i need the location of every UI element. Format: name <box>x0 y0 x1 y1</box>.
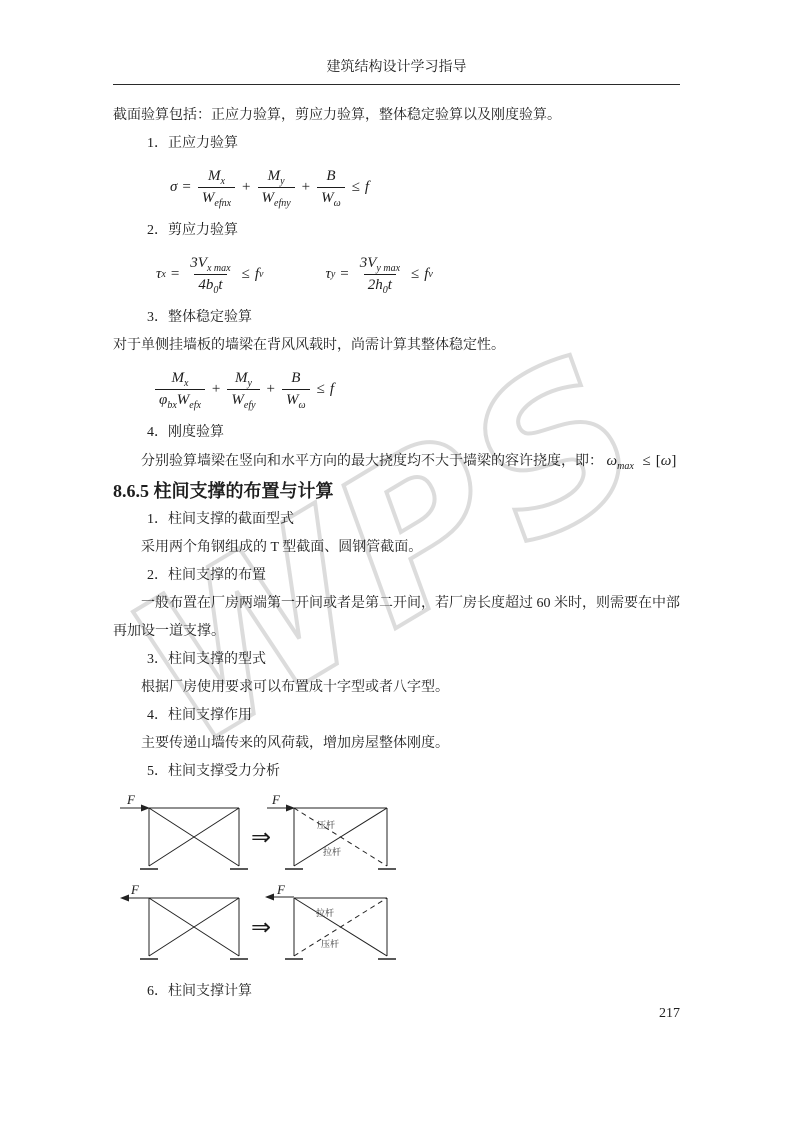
force-label: F <box>130 882 140 897</box>
section-item-1: 1．柱间支撑的截面型式 <box>113 506 680 534</box>
page-header: 建筑结构设计学习指导 <box>113 56 680 85</box>
section-item-2: 2．柱间支撑的布置 <box>113 562 680 590</box>
section-item-1-text: 采用两个角钢组成的 T 型截面、圆钢管截面。 <box>113 534 680 562</box>
formula-overall-stability: Mx φbxWefx + My Wefy + B Wω ≤ f <box>153 368 680 411</box>
math-operator: + <box>237 179 255 196</box>
section-heading: 8.6.5 柱间支撑的布置与计算 <box>113 476 680 506</box>
math-symbol: ω <box>607 453 618 469</box>
math-fraction: Mx Wefnx <box>198 166 235 209</box>
math-operator: + <box>262 381 280 398</box>
math-symbol: f <box>365 179 369 196</box>
math-operator: + <box>297 179 315 196</box>
math-den-sub: efny <box>274 198 291 209</box>
math-symbol: σ <box>170 179 177 196</box>
math-fraction: My Wefny <box>258 166 295 209</box>
math-den: W <box>321 190 334 206</box>
math-operator: = <box>177 179 195 196</box>
math-num-sub: y max <box>376 263 400 274</box>
force-arrowhead <box>265 894 274 901</box>
tension-label: 拉杆 <box>323 846 341 857</box>
section-item-4-text: 主要传递山墙传来的风荷载，增加房屋整体刚度。 <box>113 730 680 758</box>
math-den: 4b <box>198 277 213 293</box>
math-den: t <box>218 277 222 293</box>
section-item-5: 5．柱间支撑受力分析 <box>113 758 680 786</box>
force-arrowhead <box>120 895 129 902</box>
list-item-shear-stress: 2．剪应力验算 <box>113 217 680 245</box>
document-page: WPS 建筑结构设计学习指导 截面验算包括：正应力验算，剪应力验算，整体稳定验算… <box>0 0 793 1122</box>
math-num: M <box>208 168 221 184</box>
force-label: F <box>276 882 286 897</box>
intro-paragraph: 截面验算包括：正应力验算，剪应力验算，整体稳定验算以及刚度验算。 <box>113 102 680 130</box>
math-num: B <box>291 370 300 386</box>
math-num-sub: x max <box>207 263 231 274</box>
math-num-sub: x <box>220 176 224 187</box>
stability-note: 对于单侧挂墙板的墙梁在背风风载时，尚需计算其整体稳定性。 <box>113 332 680 360</box>
math-den-sub: efy <box>244 400 256 411</box>
bracing-diagram-row-2: F ⇒ F 拉杆 压杆 <box>117 882 417 970</box>
math-den: W <box>202 190 215 206</box>
math-symbol: τ <box>325 266 330 283</box>
math-symbol: ω <box>661 453 672 469</box>
force-label: F <box>271 792 281 807</box>
section-item-3: 3．柱间支撑的型式 <box>113 646 680 674</box>
math-operator: = <box>335 266 353 283</box>
section-item-2-text: 一般布置在厂房两端第一开间或者是第二开间，若厂房长度超过 60 米时，则需要在中… <box>113 590 680 646</box>
math-operator: ≤ <box>237 266 255 283</box>
force-label: F <box>126 792 136 807</box>
deflection-note: 分别验算墙梁在竖向和水平方向的最大挠度均不大于墙梁的容许挠度，即： ωmax ≤… <box>113 447 680 476</box>
math-bracket: ] <box>671 453 676 469</box>
list-item-stiffness: 4．刚度验算 <box>113 419 680 447</box>
math-den-sub: bx <box>167 400 176 411</box>
header-title: 建筑结构设计学习指导 <box>327 60 467 75</box>
math-fraction: 3Vy max 2h0t <box>356 253 404 296</box>
formula-shear-stress: τx = 3Vx max 4b0t ≤ fv τy = 3Vy max 2h0t… <box>156 253 680 296</box>
implies-arrow: ⇒ <box>251 823 271 851</box>
section-item-4: 4．柱间支撑作用 <box>113 702 680 730</box>
implies-arrow: ⇒ <box>251 913 271 941</box>
math-operator: ≤ <box>406 266 424 283</box>
math-num-sub: y <box>280 176 284 187</box>
math-den-sub: efx <box>189 400 201 411</box>
math-den: W <box>231 392 244 408</box>
math-symbol: f <box>330 381 334 398</box>
math-den: 2h <box>368 277 383 293</box>
math-den: t <box>388 277 392 293</box>
math-sub: max <box>617 461 634 472</box>
math-operator: ≤ <box>347 179 365 196</box>
section-item-6: 6．柱间支撑计算 <box>113 978 680 1006</box>
math-num: M <box>171 370 184 386</box>
page-number: 217 <box>113 1006 680 1022</box>
bracing-diagrams: F ⇒ F 压杆 拉杆 <box>117 792 680 970</box>
math-den: W <box>262 190 275 206</box>
tension-label: 拉杆 <box>316 907 334 918</box>
formula-normal-stress: σ = Mx Wefnx + My Wefny + B Wω ≤ f <box>170 166 680 209</box>
math-operator: = <box>166 266 184 283</box>
compression-label: 压杆 <box>321 938 339 949</box>
math-den-sub: efnx <box>214 198 231 209</box>
math-fraction: 3Vx max 4b0t <box>186 253 234 296</box>
formula-deflection: ωmax ≤[ω] <box>607 453 677 469</box>
bracing-diagram-row-1: F ⇒ F 压杆 拉杆 <box>117 792 417 878</box>
math-num: M <box>268 168 281 184</box>
page-content: 截面验算包括：正应力验算，剪应力验算，整体稳定验算以及刚度验算。 1．正应力验算… <box>113 102 680 1006</box>
deflection-note-text: 分别验算墙梁在竖向和水平方向的最大挠度均不大于墙梁的容许挠度，即： <box>141 454 603 469</box>
section-item-3-text: 根据厂房使用要求可以布置成十字型或者八字型。 <box>113 674 680 702</box>
math-num-sub: x <box>184 378 188 389</box>
math-num: 3V <box>360 255 377 271</box>
list-item-overall-stability: 3．整体稳定验算 <box>113 304 680 332</box>
math-operator: + <box>207 381 225 398</box>
math-fraction: B Wω <box>282 368 310 411</box>
math-den: W <box>177 392 190 408</box>
math-den: W <box>286 392 299 408</box>
math-operator: ≤ <box>638 453 656 469</box>
math-num: M <box>235 370 248 386</box>
math-fraction: Mx φbxWefx <box>155 368 205 411</box>
math-fraction: My Wefy <box>227 368 259 411</box>
list-item-normal-stress: 1．正应力验算 <box>113 130 680 158</box>
math-den-sub: ω <box>299 400 306 411</box>
math-fraction: B Wω <box>317 166 345 209</box>
math-num: 3V <box>190 255 207 271</box>
math-num: B <box>326 168 335 184</box>
math-operator: ≤ <box>312 381 330 398</box>
compression-label: 压杆 <box>317 819 335 830</box>
math-den-sub: ω <box>334 198 341 209</box>
math-num-sub: y <box>247 378 251 389</box>
